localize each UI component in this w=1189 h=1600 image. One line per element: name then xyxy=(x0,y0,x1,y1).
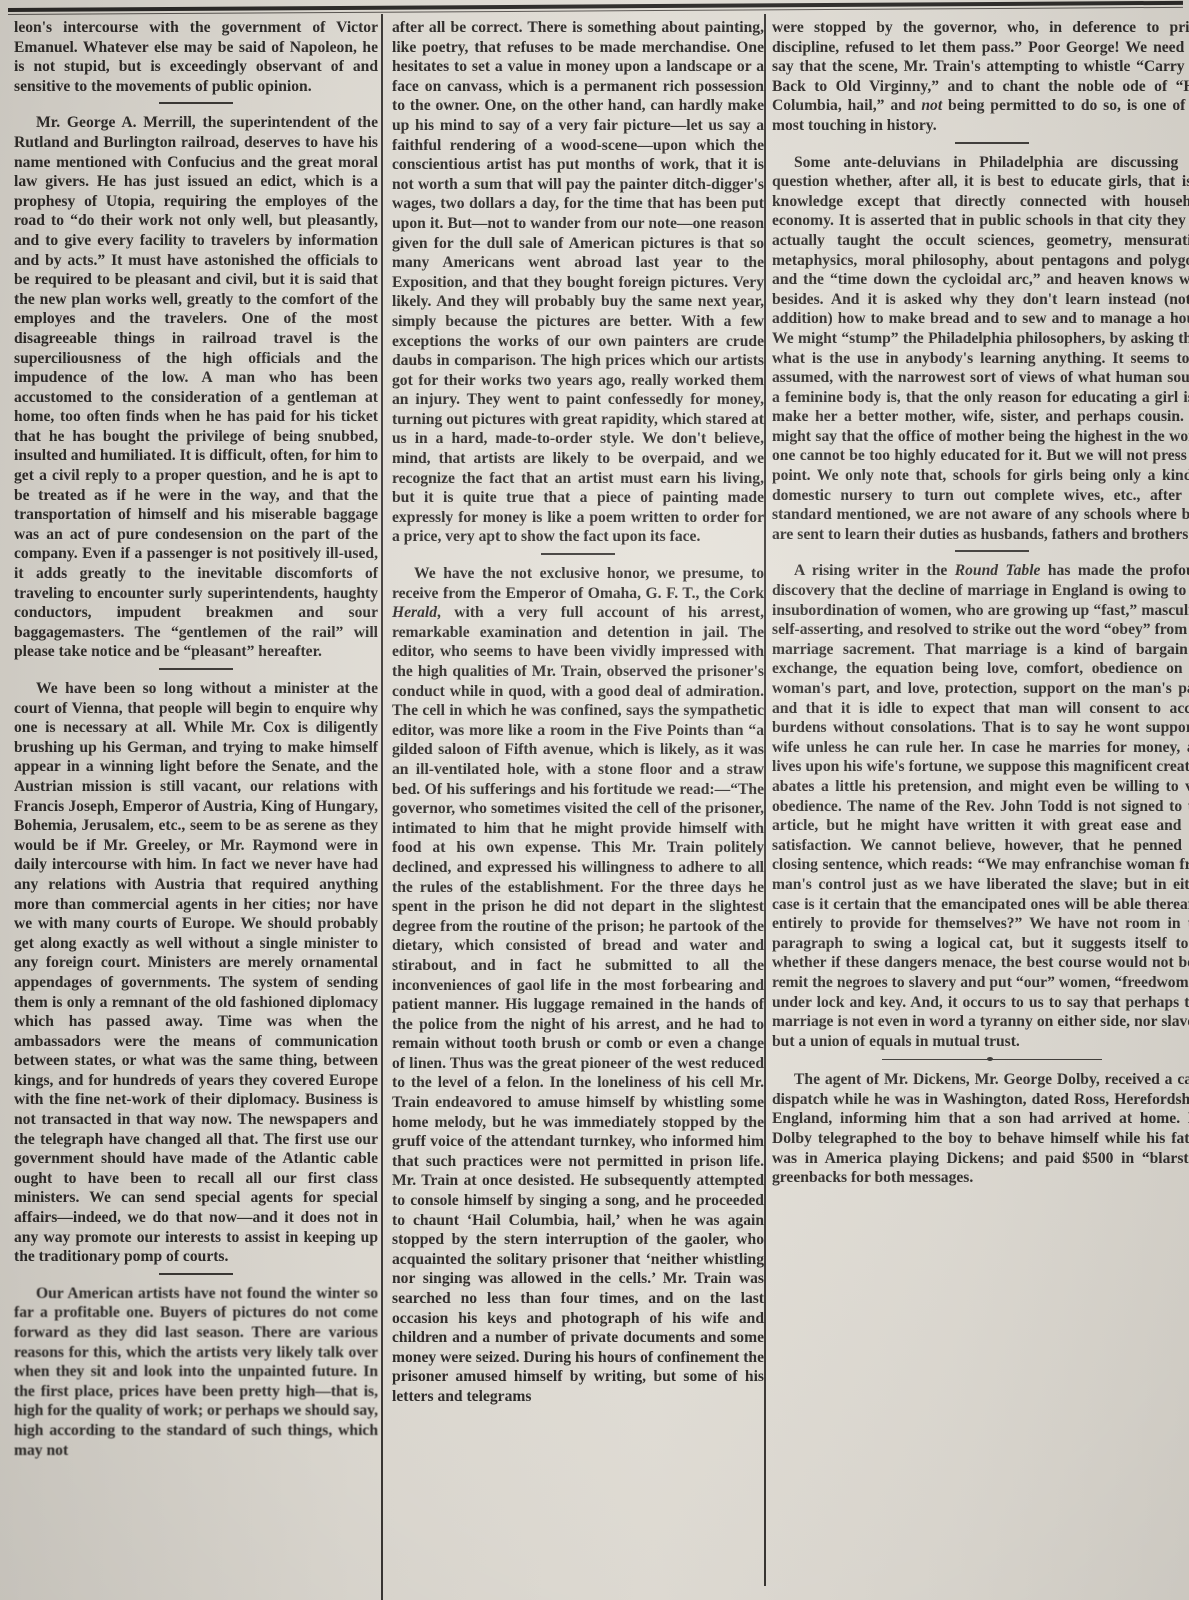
article-train-continued: were stopped by the governor, who, in de… xyxy=(772,18,1189,136)
article-separator xyxy=(159,102,233,104)
article-american-artists: Our American artists have not found the … xyxy=(14,1284,378,1460)
article-round-table-marriage: A rising writer in the Round Table has m… xyxy=(772,561,1189,1051)
article-separator xyxy=(159,668,233,670)
article-separator xyxy=(955,550,1029,552)
newspaper-name-italic: Herald xyxy=(392,604,437,621)
article-napoleon-continued: leon's intercourse with the government o… xyxy=(14,18,378,96)
column-3: were stopped by the governor, who, in de… xyxy=(772,18,1189,1188)
emphasis-italic: not xyxy=(921,97,942,114)
column-2: after all be correct. There is something… xyxy=(392,18,764,1407)
article-american-artists-continued: after all be correct. There is something… xyxy=(392,18,764,547)
article-separator xyxy=(541,553,615,555)
publication-name-italic: Round Table xyxy=(955,562,1041,579)
article-vienna-minister: We have been so long without a minister … xyxy=(14,679,378,1267)
article-separator xyxy=(955,142,1029,144)
article-separator-ornamented xyxy=(882,1059,1102,1060)
article-train-cork-herald: We have the not exclusive honor, we pres… xyxy=(392,564,764,1407)
article-separator xyxy=(159,1273,233,1275)
newspaper-page: leon's intercourse with the government o… xyxy=(0,0,1189,1600)
article-merrill-railroad: Mr. George A. Merrill, the superintenden… xyxy=(14,113,378,662)
article-philadelphia-girls: Some ante-deluvians in Philadelphia are … xyxy=(772,153,1189,545)
column-1: leon's intercourse with the government o… xyxy=(14,18,378,1460)
column-divider-1 xyxy=(381,14,383,1600)
column-divider-2 xyxy=(764,14,766,1586)
article-dickens-agent: The agent of Mr. Dickens, Mr. George Dol… xyxy=(772,1070,1189,1188)
